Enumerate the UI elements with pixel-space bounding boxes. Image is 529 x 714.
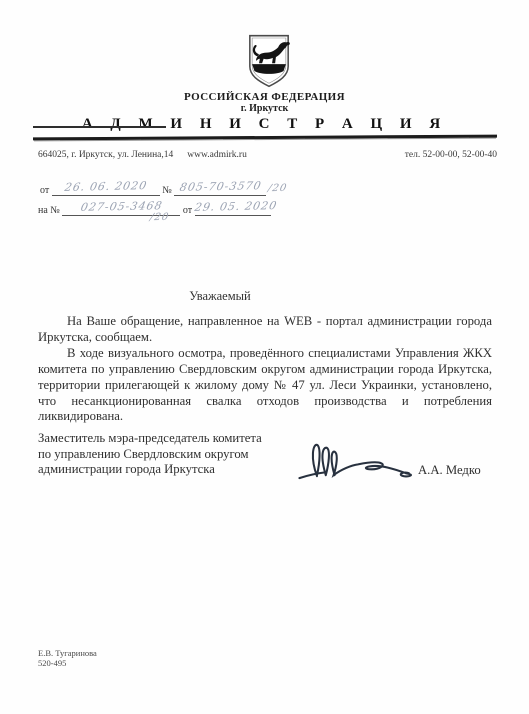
- organization-name: А Д М И Н И С Т Р А Ц И Я: [0, 116, 529, 133]
- scanned-letter-page: РОССИЙСКАЯ ФЕДЕРАЦИЯ г. Иркутск А Д М И …: [0, 0, 529, 714]
- executor-name: Е.В. Тугаринова: [38, 648, 97, 658]
- irkutsk-coat-of-arms-icon: [246, 32, 292, 90]
- body-paragraph-2: В ходе визуального осмотра, проведённого…: [38, 346, 492, 426]
- reply-from-label: от: [183, 205, 192, 216]
- outgoing-number-field: 805-70-3570: [174, 180, 266, 196]
- city-name: г. Иркутск: [0, 103, 529, 114]
- number-label: №: [162, 185, 172, 196]
- address-text: 664025, г. Иркутск, ул. Ленина,14: [38, 150, 173, 160]
- postal-address: 664025, г. Иркутск, ул. Ленина,14www.adm…: [38, 150, 247, 160]
- outgoing-reference-line: от 26. 06. 2020 № 805-70-3570 /20: [40, 180, 320, 198]
- signer-position: Заместитель мэра-председатель комитета п…: [38, 431, 338, 478]
- contact-row: 664025, г. Иркутск, ул. Ленина,14www.adm…: [38, 150, 497, 160]
- website-text: www.admirk.ru: [187, 150, 247, 160]
- executor-phone: 520-495: [38, 658, 97, 668]
- from-label: от: [40, 185, 49, 196]
- signer-position-line1: Заместитель мэра-председатель комитета: [38, 431, 338, 447]
- body-paragraph-1: На Ваше обращение, направленное на WEB -…: [38, 314, 492, 346]
- outgoing-date-value: 26. 06. 2020: [63, 179, 148, 194]
- reply-label: на №: [38, 205, 60, 216]
- phone-text: тел. 52-00-00, 52-00-40: [405, 150, 497, 160]
- incoming-date-value: 29. 05. 2020: [193, 199, 278, 214]
- signer-name: А.А. Медко: [418, 463, 481, 478]
- incoming-reference-line: на № 027-05-3468 /20 от 29. 05. 2020: [38, 200, 318, 218]
- outgoing-number-value: 805-70-3570: [178, 179, 262, 194]
- signer-position-line3: администрации города Иркутска: [38, 462, 338, 478]
- incoming-date-field: 29. 05. 2020: [195, 200, 271, 216]
- handwritten-signature: [296, 438, 424, 482]
- letter-body: На Ваше обращение, направленное на WEB -…: [38, 314, 492, 425]
- incoming-number-suffix: /20: [149, 212, 170, 223]
- executor-block: Е.В. Тугаринова 520-495: [38, 648, 97, 668]
- salutation: Уважаемый: [100, 289, 340, 304]
- outgoing-date-field: 26. 06. 2020: [52, 180, 160, 196]
- country-name: РОССИЙСКАЯ ФЕДЕРАЦИЯ: [0, 91, 529, 103]
- left-header-rule: [33, 126, 166, 128]
- header-rule: [33, 135, 497, 141]
- signer-position-line2: по управлению Свердловским округом: [38, 447, 338, 463]
- outgoing-number-suffix: /20: [267, 183, 288, 194]
